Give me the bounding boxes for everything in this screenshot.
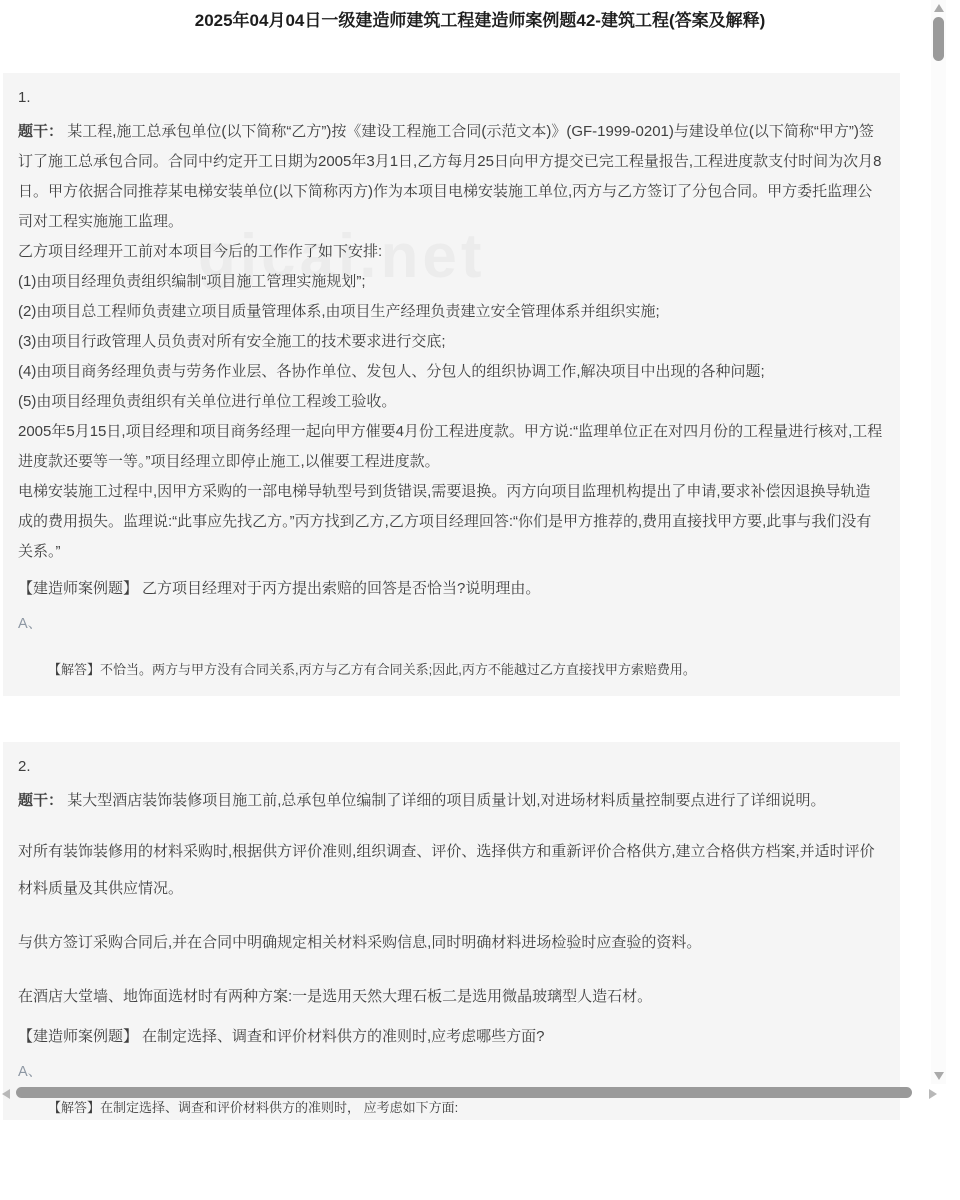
option-label[interactable]: A、 <box>18 1057 884 1087</box>
paragraph: (3)由项目行政管理人员负责对所有安全施工的技术要求进行交底; <box>18 327 884 357</box>
page-title: 2025年04月04日一级建造师建筑工程建造师案例题42-建筑工程(答案及解释) <box>0 0 960 44</box>
vertical-scrollbar-thumb[interactable] <box>933 17 944 61</box>
answer-line: 【解答】不恰当。两方与甲方没有合同关系,丙方与乙方有合同关系;因此,丙方不能越过… <box>48 661 884 678</box>
option-label[interactable]: A、 <box>18 609 884 639</box>
answer-line: 【解答】在制定选择、调查和评价材料供方的准则时， 应考虑如下方面: <box>48 1099 884 1116</box>
paragraph: (5)由项目经理负责组织有关单位进行单位工程竣工验收。 <box>18 387 884 417</box>
scroll-down-icon[interactable] <box>934 1072 944 1080</box>
stem-text: 某工程,施工总承包单位(以下简称“乙方”)按《建设工程施工合同(示范文本)》(G… <box>18 123 881 230</box>
scroll-left-icon[interactable] <box>2 1089 10 1099</box>
question-stem: 题干： 某工程,施工总承包单位(以下简称“乙方”)按《建设工程施工合同(示范文本… <box>18 117 884 237</box>
answer-text: 在制定选择、调查和评价材料供方的准则时， 应考虑如下方面: <box>100 1100 458 1115</box>
paragraph: (2)由项目总工程师负责建立项目质量管理体系,由项目生产经理负责建立安全管理体系… <box>18 297 884 327</box>
question-number: 1. <box>18 87 884 109</box>
paragraph: (1)由项目经理负责组织编制“项目施工管理实施规划”; <box>18 267 884 297</box>
case-question-text: 在制定选择、调查和评价材料供方的准则时,应考虑哪些方面? <box>142 1028 545 1045</box>
paragraph: 2005年5月15日,项目经理和项目商务经理一起向甲方催要4月份工程进度款。甲方… <box>18 417 884 477</box>
stem-label: 题干： <box>18 123 63 140</box>
case-question-label: 【建造师案例题】 <box>18 1028 138 1045</box>
horizontal-scrollbar-thumb[interactable] <box>16 1087 912 1098</box>
answer-text: 不恰当。两方与甲方没有合同关系,丙方与乙方有合同关系;因此,丙方不能越过乙方直接… <box>100 662 696 677</box>
question-panel-1: gjcai.net 1. 题干： 某工程,施工总承包单位(以下简称“乙方”)按《… <box>3 73 900 696</box>
paragraph: 与供方签订采购合同后,并在合同中明确规定相关材料采购信息,同时明确材料进场检验时… <box>18 924 884 961</box>
case-question-line: 【建造师案例题】乙方项目经理对于丙方提出索赔的回答是否恰当?说明理由。 <box>18 574 884 604</box>
case-question-line: 【建造师案例题】在制定选择、调查和评价材料供方的准则时,应考虑哪些方面? <box>18 1022 884 1052</box>
stem-text: 某大型酒店装饰装修项目施工前,总承包单位编制了详细的项目质量计划,对进场材料质量… <box>67 792 825 809</box>
paragraph: 在酒店大堂墙、地饰面选材时有两种方案:一是选用天然大理石板二是选用微晶玻璃型人造… <box>18 978 884 1015</box>
question-number: 2. <box>18 756 884 778</box>
paragraph: (4)由项目商务经理负责与劳务作业层、各协作单位、发包人、分包人的组织协调工作,… <box>18 357 884 387</box>
case-question-label: 【建造师案例题】 <box>18 580 138 597</box>
case-question-text: 乙方项目经理对于丙方提出索赔的回答是否恰当?说明理由。 <box>142 580 540 597</box>
question-stem: 题干： 某大型酒店装饰装修项目施工前,总承包单位编制了详细的项目质量计划,对进场… <box>18 786 884 816</box>
scroll-up-icon[interactable] <box>934 4 944 12</box>
vertical-scrollbar-track[interactable] <box>931 0 946 1084</box>
paragraph: 对所有装饰装修用的材料采购时,根据供方评价准则,组织调查、评价、选择供方和重新评… <box>18 833 884 907</box>
scroll-right-icon[interactable] <box>929 1089 937 1099</box>
paragraph: 电梯安装施工过程中,因甲方采购的一部电梯导轨型号到货错误,需要退换。丙方向项目监… <box>18 477 884 567</box>
question-panel-2: 2. 题干： 某大型酒店装饰装修项目施工前,总承包单位编制了详细的项目质量计划,… <box>3 742 900 1120</box>
paragraph: 乙方项目经理开工前对本项目今后的工作作了如下安排: <box>18 237 884 267</box>
answer-label: 【解答】 <box>48 662 100 677</box>
answer-label: 【解答】 <box>48 1100 100 1115</box>
stem-label: 题干： <box>18 792 63 809</box>
